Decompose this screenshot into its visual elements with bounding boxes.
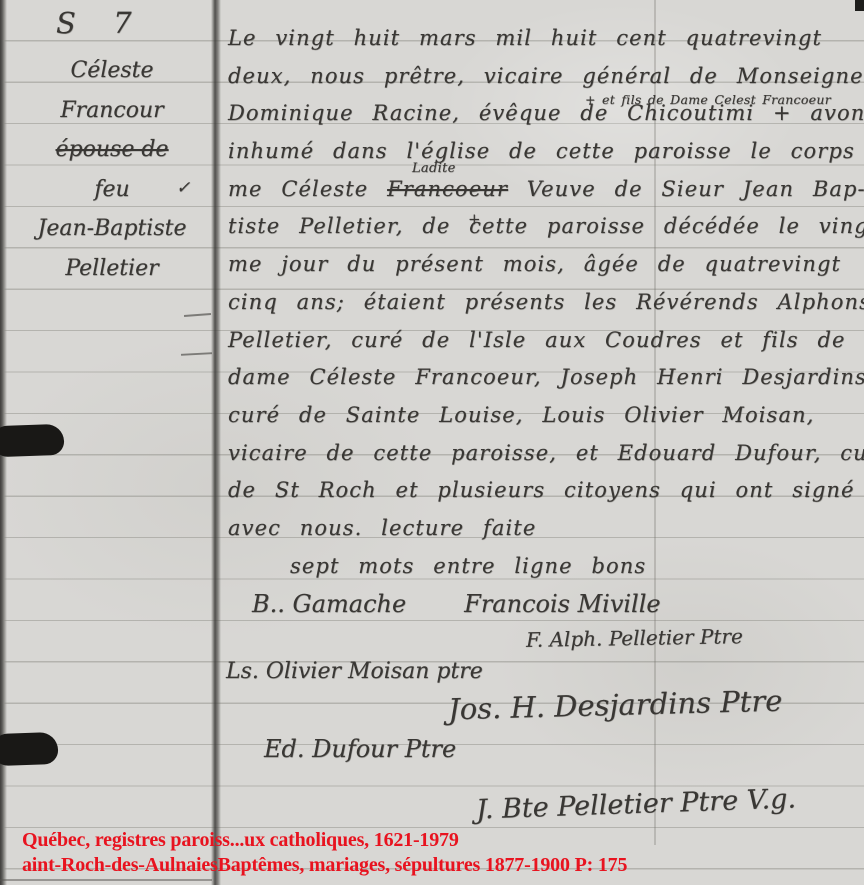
stray-ink-dash (184, 313, 211, 317)
record-line: Dominique Racine, évêque de Chicoutimi +… (228, 97, 864, 135)
margin-name-line-struck: épouse de (24, 133, 200, 173)
margin-name-line: Céleste (24, 54, 200, 94)
signature-gamache: B.. Gamache (252, 590, 406, 618)
record-line: me jour du présent mois, âgée de quatrev… (228, 248, 864, 286)
record-line: deux, nous prêtre, vicaire général de Mo… (228, 60, 864, 98)
check-mark: ✓ (176, 178, 190, 198)
record-line: sept mots entre ligne bons (228, 550, 864, 588)
archive-caption-line1: Québec, registres paroiss...ux catholiqu… (22, 828, 627, 853)
register-scan-page: S 7 Céleste Francour épouse de feu Jean-… (0, 0, 864, 885)
margin-name-line: Francour (24, 94, 200, 134)
signature-pelletier-jbte: J. Bte Pelletier Ptre V.g. (476, 783, 797, 825)
record-line-segment: Veuve de Sieur Jean Bap- (508, 177, 864, 201)
record-line: Pelletier, curé de l'Isle aux Coudres et… (228, 324, 864, 362)
margin-name-line: Pelletier (24, 252, 200, 292)
record-line: cinq ans; étaient présents les Révérends… (228, 286, 864, 324)
record-line-corrected: me Céleste Francoeur Veuve de Sieur Jean… (228, 173, 864, 211)
binding-tie-mark (0, 424, 65, 457)
record-line: avec nous. lecture faite (228, 512, 864, 550)
record-text: Le vingt huit mars mil huit cent quatrev… (228, 22, 864, 587)
record-line: curé de Sainte Louise, Louis Olivier Moi… (228, 399, 864, 437)
signature-miville: Francois Miville (464, 590, 660, 618)
margin-annotations: Céleste Francour épouse de feu Jean-Bapt… (24, 54, 200, 291)
archive-caption-line2: aint-Roch-des-AulnaiesBaptêmes, mariages… (22, 853, 627, 878)
record-line-segment: me Céleste (228, 177, 387, 201)
corner-mark (855, 0, 864, 11)
record-line: dame Céleste Francoeur, Joseph Henri Des… (228, 361, 864, 399)
signature-row: B.. Gamache Francois Miville (252, 590, 661, 618)
margin-name-line: feu (24, 173, 200, 213)
record-line: Le vingt huit mars mil huit cent quatrev… (228, 22, 864, 60)
signature-desjardins: Jos. H. Desjardins Ptre (448, 684, 783, 727)
entry-number: S 7 (56, 6, 146, 40)
archive-caption: Québec, registres paroiss...ux catholiqu… (22, 828, 627, 878)
record-line: vicaire de cette paroisse, et Edouard Du… (228, 437, 864, 475)
record-line: tiste Pelletier, de cette paroisse décéd… (228, 210, 864, 248)
signature-moisan: Ls. Olivier Moisan ptre (226, 659, 483, 684)
stray-ink-dash (181, 352, 212, 356)
signature-pelletier-alph: F. Alph. Pelletier Ptre (526, 624, 743, 652)
record-line: de St Roch et plusieurs citoyens qui ont… (228, 474, 864, 512)
signature-dufour: Ed. Dufour Ptre (264, 735, 456, 763)
margin-separator-line (211, 0, 221, 885)
margin-name-line: Jean-Baptiste (24, 212, 200, 252)
record-line: inhumé dans l'église de cette paroisse l… (228, 135, 864, 173)
struck-word: Francoeur (387, 177, 508, 201)
bottom-edge-mark (0, 879, 212, 881)
binding-tie-mark (0, 732, 59, 766)
